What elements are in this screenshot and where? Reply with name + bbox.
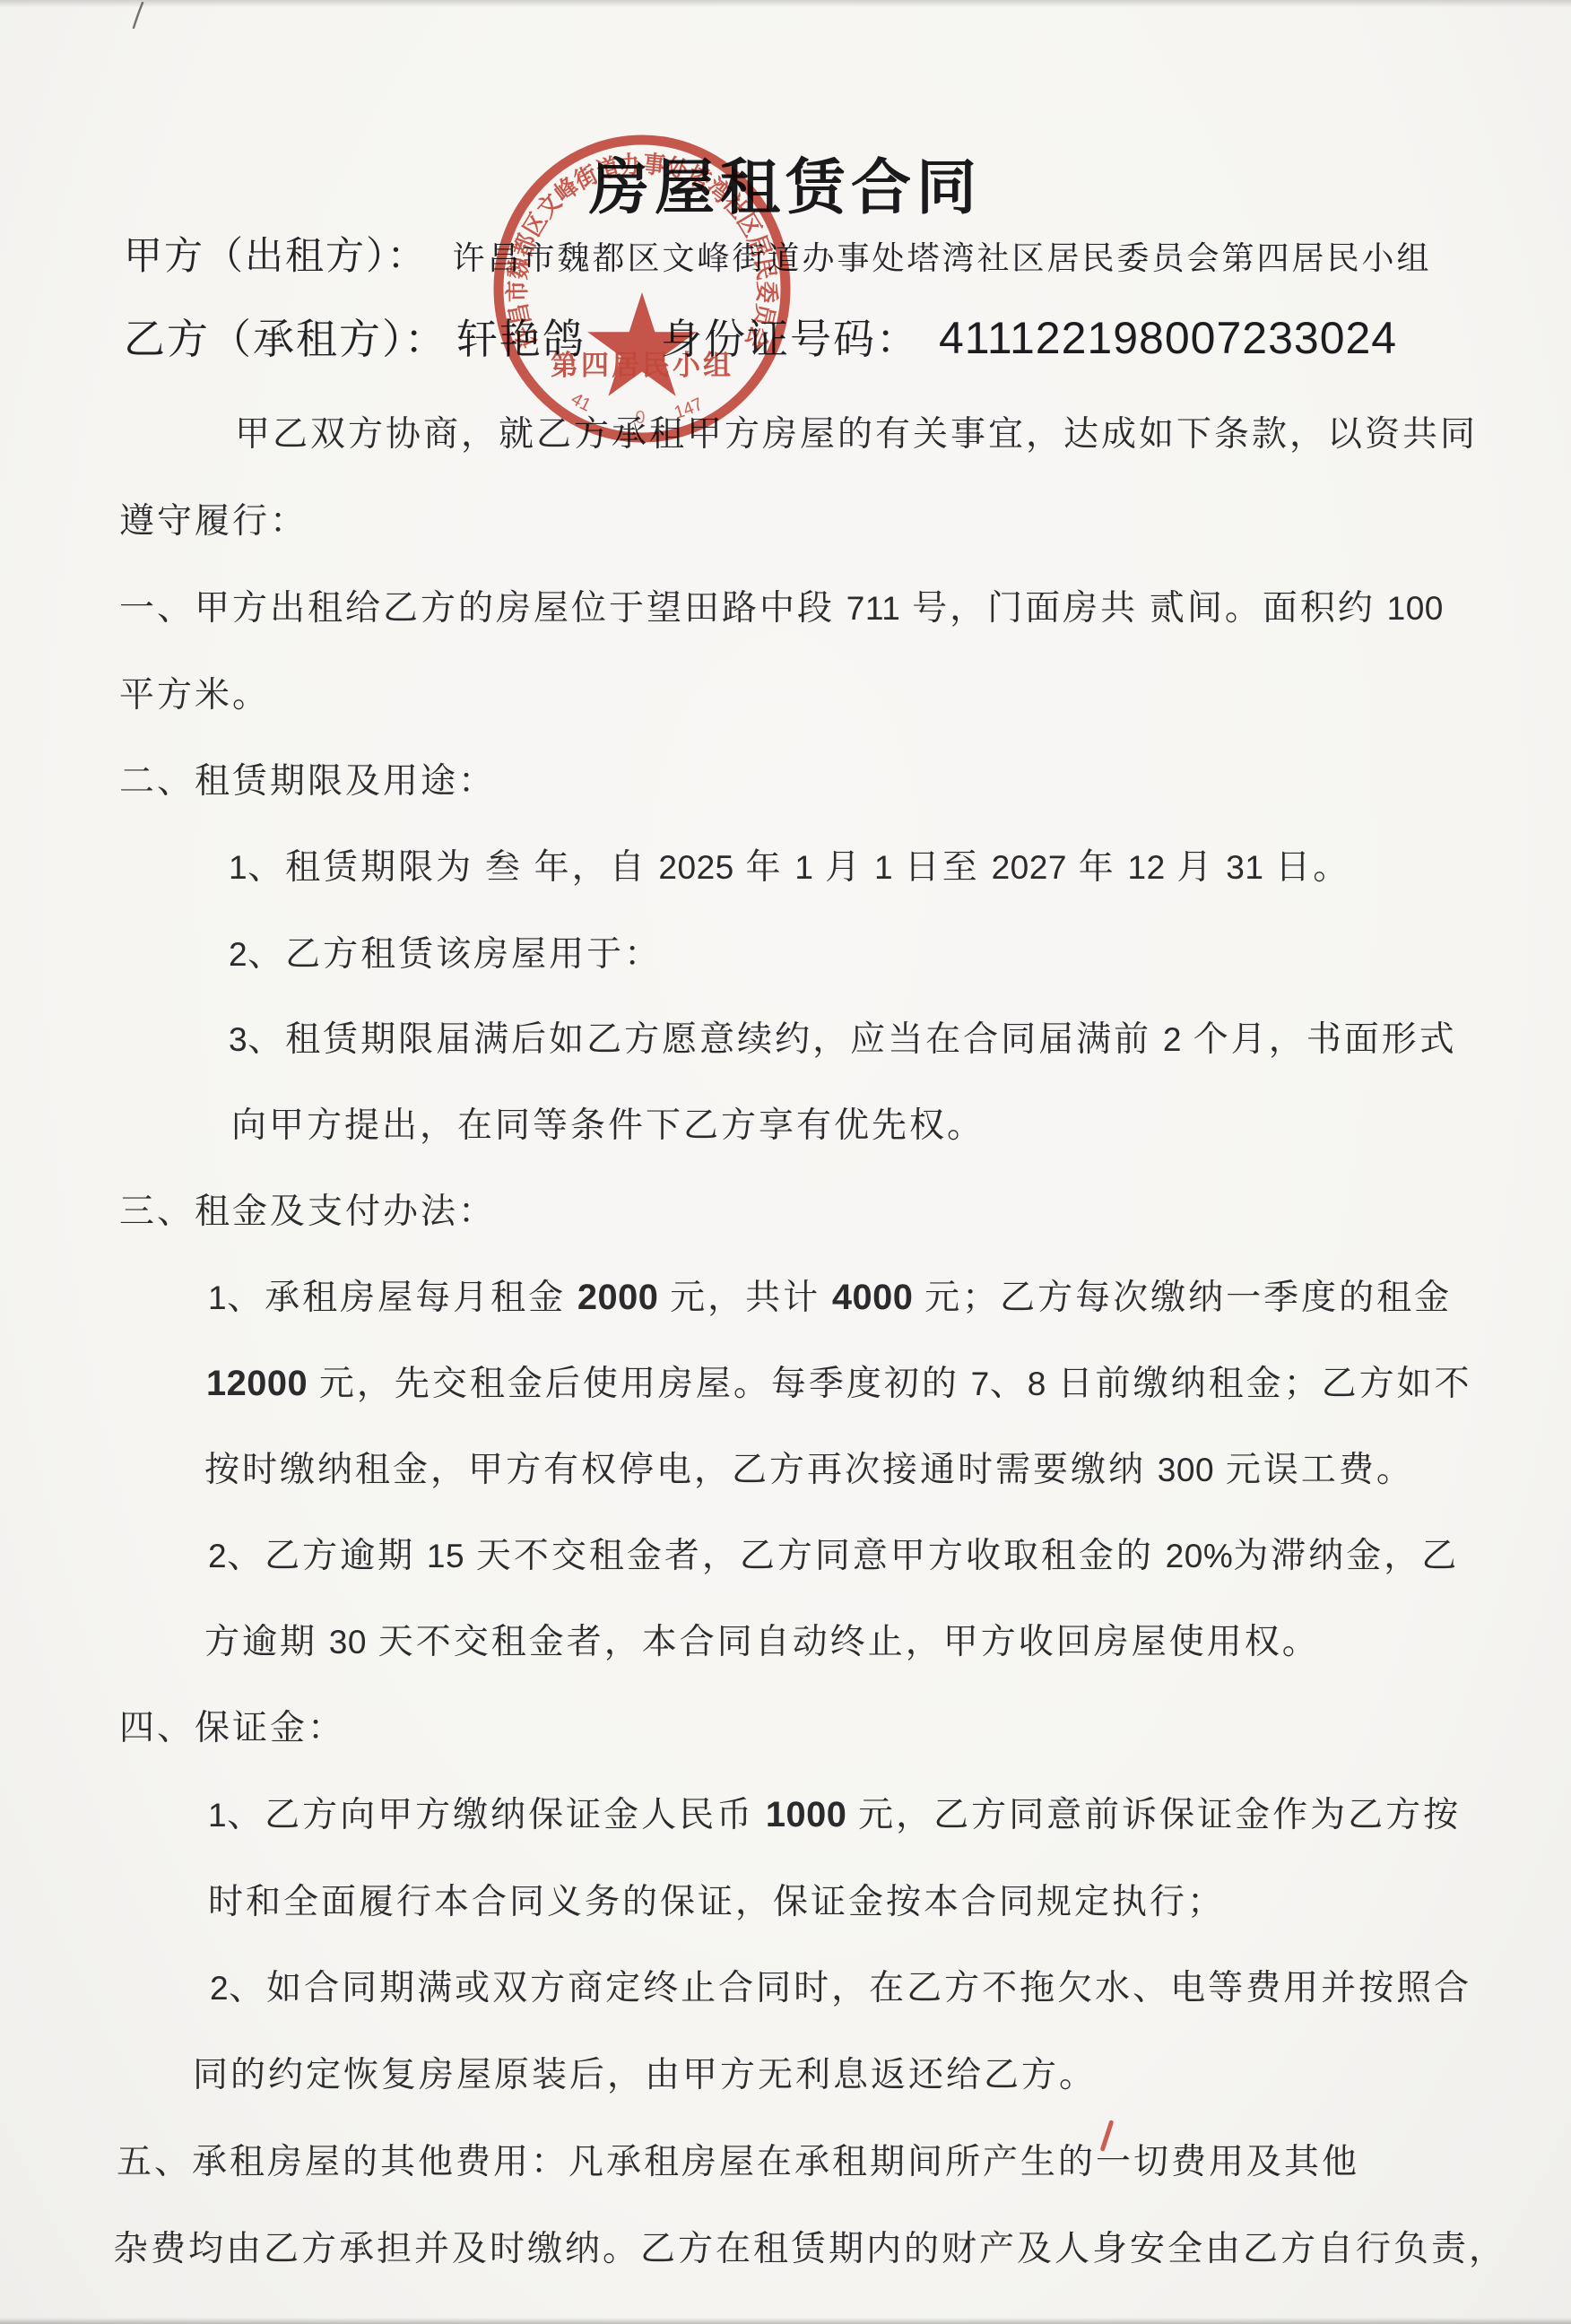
contract-line: 时和全面履行本合同义务的保证，保证金按本合同规定执行； bbox=[208, 1874, 1225, 1924]
text-run: 2 bbox=[229, 935, 247, 973]
text-run: 日前缴纳租金；乙方如不 bbox=[1046, 1365, 1472, 1403]
text-run: 个月，书面形式 bbox=[1182, 1020, 1457, 1059]
text-run: 日。 bbox=[1263, 848, 1350, 887]
contract-line: 1、租赁期限为 叁 年，自 2025 年 1 月 1 日至 2027 年 12 … bbox=[229, 839, 1350, 889]
text-run: 20% bbox=[1166, 1537, 1234, 1574]
text-run: 年 bbox=[1067, 848, 1128, 887]
text-run: 2000 bbox=[577, 1278, 658, 1317]
text-run: 、如合同期满或双方商定终止合同时，在乙方不拖欠水、电等费用并按照合 bbox=[229, 1969, 1471, 2007]
text-run: 同的约定恢复房屋原装后，由甲方无利息返还给乙方。 bbox=[193, 2056, 1097, 2094]
text-run: 、乙方向甲方缴纳保证金人民币 bbox=[227, 1796, 766, 1834]
text-run: 、乙方逾期 bbox=[227, 1537, 427, 1575]
scan-edge-top bbox=[0, 0, 1571, 7]
contract-line: 五、承租房屋的其他费用：凡承租房屋在承租期间所产生的一切费用及其他 bbox=[117, 2134, 1359, 2184]
text-run: 一、甲方出租给乙方的房屋位于望田路中段 bbox=[119, 589, 846, 628]
text-run: 元，先交租金后使用房屋。每季度初的 bbox=[308, 1365, 971, 1403]
text-run: 12000 bbox=[206, 1364, 308, 1403]
text-run: 元，乙方同意前诉保证金作为乙方按 bbox=[846, 1796, 1461, 1834]
contract-line: 同的约定恢复房屋原装后，由甲方无利息返还给乙方。 bbox=[193, 2047, 1097, 2097]
contract-line: 2、乙方租赁该房屋用于： bbox=[229, 926, 662, 976]
text-run: 、承租房屋每月租金 bbox=[227, 1279, 577, 1317]
contract-line: 平方米。 bbox=[119, 667, 270, 717]
text-run: 时和全面履行本合同义务的保证，保证金按本合同规定执行； bbox=[208, 1883, 1225, 1921]
text-run: 天不交租金者，乙方同意甲方收取租金的 bbox=[464, 1537, 1166, 1575]
contract-line: 二、租赁期限及用途： bbox=[119, 753, 496, 803]
text-run: 7 bbox=[971, 1365, 990, 1402]
text-run: 8 bbox=[1028, 1365, 1046, 1402]
scan-edge-bottom bbox=[0, 2318, 1571, 2324]
text-run: 1 bbox=[874, 848, 893, 886]
seal-ring bbox=[499, 140, 785, 438]
party-b-label: 乙方（承租方）： bbox=[124, 317, 447, 362]
text-run: 二、租赁期限及用途： bbox=[119, 762, 496, 801]
text-run: 年 bbox=[734, 848, 795, 887]
text-run: 平方米。 bbox=[119, 676, 270, 715]
contract-line: 3、租赁期限届满后如乙方愿意续约，应当在合同届满前 2 个月，书面形式 bbox=[229, 1011, 1457, 1062]
text-run: 3 bbox=[229, 1020, 247, 1058]
seal-code-mid: 0 bbox=[635, 408, 645, 428]
official-round-seal: 许昌市魏都区文峰街道办事处塔湾社区居民委员会 第四居民小组 41 0 147 bbox=[491, 134, 793, 443]
text-run: 、租赁期限为 叁 年，自 bbox=[247, 848, 658, 887]
contract-line: 三、租金及支付办法： bbox=[119, 1184, 496, 1234]
text-run: 2 bbox=[1163, 1020, 1182, 1058]
text-run: 向甲方提出，在同等条件下乙方享有优先权。 bbox=[231, 1106, 985, 1145]
seal-code-right: 147 bbox=[672, 395, 706, 423]
text-run: 4000 bbox=[832, 1278, 913, 1317]
contract-line: 杂费均由乙方承担并及时缴纳。乙方在租赁期内的财产及人身安全由乙方自行负责， bbox=[113, 2221, 1506, 2271]
contract-line: 四、保证金： bbox=[119, 1700, 345, 1750]
text-run: 1 bbox=[229, 848, 247, 886]
text-run: 元误工费。 bbox=[1214, 1451, 1414, 1489]
contract-line: 1、乙方向甲方缴纳保证金人民币 1000 元，乙方同意前诉保证金作为乙方按 bbox=[208, 1787, 1461, 1837]
text-run: 四、保证金： bbox=[119, 1709, 345, 1747]
seal-code-left: 41 bbox=[568, 389, 595, 416]
text-run: 杂费均由乙方承担并及时缴纳。乙方在租赁期内的财产及人身安全由乙方自行负责， bbox=[113, 2230, 1506, 2268]
text-run: 、租赁期限届满后如乙方愿意续约，应当在合同届满前 bbox=[247, 1020, 1163, 1059]
contract-line: 12000 元，先交租金后使用房屋。每季度初的 7、8 日前缴纳租金；乙方如不 bbox=[206, 1356, 1472, 1406]
text-run: 1 bbox=[794, 848, 813, 886]
text-run: 1 bbox=[208, 1796, 227, 1834]
text-run: 300 bbox=[1158, 1451, 1214, 1488]
text-run: 号，门面房共 贰间。面积约 bbox=[900, 589, 1386, 628]
text-run: 100 bbox=[1387, 589, 1444, 627]
text-run: 12 bbox=[1128, 848, 1166, 886]
contract-line: 1、承租房屋每月租金 2000 元，共计 4000 元；乙方每次缴纳一季度的租金 bbox=[208, 1270, 1452, 1320]
text-run: 月 bbox=[1166, 848, 1227, 887]
text-run: 天不交租金者，本合同自动终止，甲方收回房屋使用权。 bbox=[367, 1623, 1320, 1661]
contract-line: 2、乙方逾期 15 天不交租金者，乙方同意甲方收取租金的 20%为滞纳金，乙 bbox=[208, 1528, 1459, 1578]
text-run: 月 bbox=[813, 848, 874, 887]
text-run: 为滞纳金，乙 bbox=[1233, 1537, 1459, 1575]
text-run: 方逾期 bbox=[204, 1623, 329, 1661]
contract-line: 一、甲方出租给乙方的房屋位于望田路中段 711 号，门面房共 贰间。面积约 10… bbox=[119, 580, 1444, 630]
scanned-contract-page: 房屋租赁合同 甲方（出租方）：许昌市魏都区文峰街道办事处塔湾社区居民委员会第四居… bbox=[0, 0, 1571, 2324]
text-run: 2 bbox=[208, 1537, 227, 1574]
text-run: 元，共计 bbox=[658, 1279, 832, 1317]
text-run: 遵守履行： bbox=[119, 502, 308, 541]
text-run: 2025 bbox=[658, 848, 733, 886]
text-run: 按时缴纳租金，甲方有权停电，乙方再次接通时需要缴纳 bbox=[204, 1451, 1158, 1489]
text-run: 三、租金及支付办法： bbox=[119, 1192, 496, 1231]
text-run: 五、承租房屋的其他费用：凡承租房屋在承租期间所产生的一切费用及其他 bbox=[117, 2143, 1359, 2181]
text-run: 2027 bbox=[992, 848, 1067, 886]
text-run: 31 bbox=[1226, 848, 1263, 886]
text-run: 30 bbox=[329, 1623, 367, 1661]
text-run: 日至 bbox=[893, 848, 992, 887]
id-number-value: 411122198007233024 bbox=[939, 313, 1397, 363]
text-run: 元；乙方每次缴纳一季度的租金 bbox=[913, 1279, 1452, 1317]
contract-line: 按时缴纳租金，甲方有权停电，乙方再次接通时需要缴纳 300 元误工费。 bbox=[204, 1442, 1414, 1492]
seal-center-text: 第四居民小组 bbox=[551, 350, 733, 381]
party-a-label: 甲方（出租方）： bbox=[124, 236, 428, 278]
contract-line: 遵守履行： bbox=[119, 493, 308, 543]
text-run: 、 bbox=[990, 1365, 1028, 1403]
scan-crease-mark bbox=[131, 2, 149, 29]
text-run: 1 bbox=[208, 1279, 227, 1316]
contract-line: 甲乙双方协商，就乙方承租甲方房屋的有关事宜，达成如下条款，以资共同 bbox=[235, 406, 1478, 456]
contract-line: 方逾期 30 天不交租金者，本合同自动终止，甲方收回房屋使用权。 bbox=[204, 1614, 1320, 1664]
text-run: 711 bbox=[846, 589, 901, 627]
contract-line: 2、如合同期满或双方商定终止合同时，在乙方不拖欠水、电等费用并按照合 bbox=[210, 1960, 1471, 2010]
text-run: 甲乙双方协商，就乙方承租甲方房屋的有关事宜，达成如下条款，以资共同 bbox=[235, 415, 1478, 454]
text-run: 15 bbox=[427, 1537, 464, 1574]
text-run: 2 bbox=[210, 1969, 229, 2007]
text-run: 1000 bbox=[766, 1795, 846, 1834]
text-run: 、乙方租赁该房屋用于： bbox=[247, 935, 662, 974]
contract-line: 向甲方提出，在同等条件下乙方享有优先权。 bbox=[231, 1097, 985, 1148]
